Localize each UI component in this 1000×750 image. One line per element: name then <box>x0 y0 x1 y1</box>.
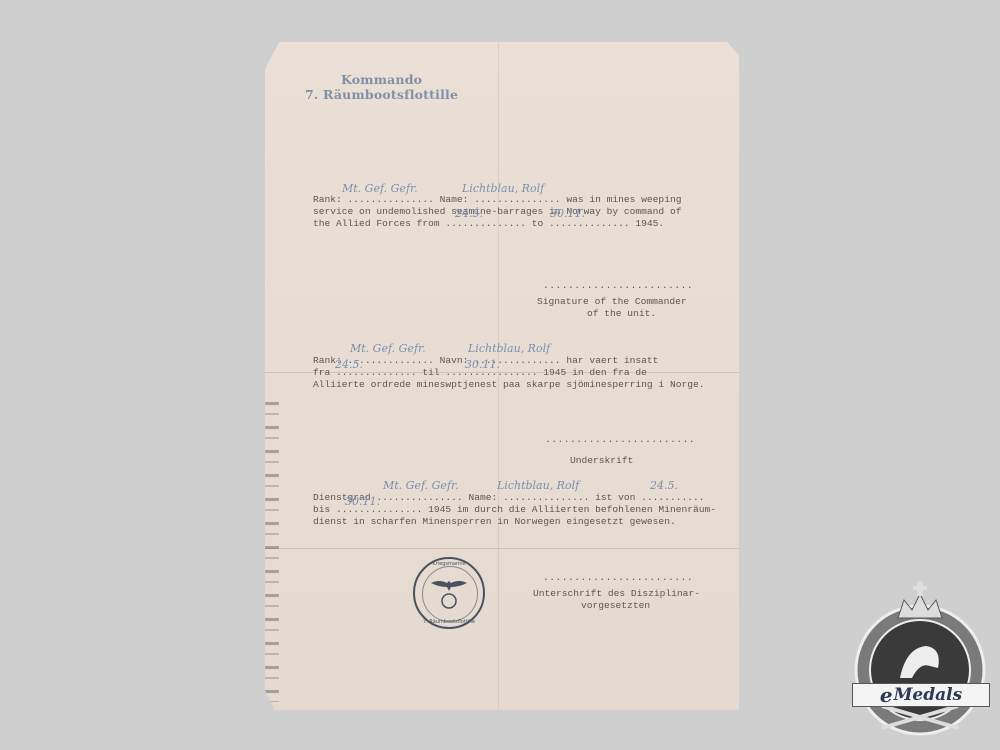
english-line-3: the Allied Forces from .............. to… <box>313 218 664 230</box>
signature-label: Underskrift <box>570 455 633 467</box>
signature-label: of the unit. <box>587 308 656 320</box>
signature-label: vorgesetzten <box>581 600 650 612</box>
eagle-emblem-icon <box>429 573 469 613</box>
signature-line: ........................ <box>543 280 693 291</box>
handwritten-to-date: 30.11. <box>550 207 585 220</box>
german-line-3: dienst in scharfen Minensperren in Norwe… <box>313 516 676 528</box>
fold-line <box>265 548 739 549</box>
letterhead-line-2: 7. Räumbootsflottille <box>305 87 458 102</box>
handwritten-to-date: 30.11. <box>345 495 380 508</box>
letterhead-line-1: Kommando <box>305 72 458 87</box>
handwritten-name: Lichtblau, Rolf <box>462 182 544 195</box>
handwritten-from-date: 24.5. <box>650 479 678 492</box>
signature-label: Unterschrift des Disziplinar- <box>533 588 700 600</box>
norwegian-line-3: Alliierte ordrede mineswptjenest paa ska… <box>313 379 705 391</box>
handwritten-rank: Mt. Gef. Gefr. <box>383 479 459 492</box>
edge-damage <box>265 402 279 702</box>
seal-bottom-text: 7. Räumbootsflottille <box>415 619 483 625</box>
document-paper: Kommando 7. Räumbootsflottille Rank: ...… <box>265 42 739 710</box>
english-line-1: Rank: ............... Name: ............… <box>313 194 681 206</box>
english-line-2: service on undemolished seamine-barrages… <box>313 206 681 218</box>
seal-top-text: Kriegsmarine <box>415 561 483 567</box>
handwritten-name: Lichtblau, Rolf <box>497 479 579 492</box>
handwritten-name: Lichtblau, Rolf <box>468 342 550 355</box>
signature-label: Signature of the Commander <box>537 296 687 308</box>
letterhead-stamp: Kommando 7. Räumbootsflottille <box>305 72 458 102</box>
emedals-watermark-logo: e Medals <box>842 578 998 750</box>
brand-label: e Medals <box>852 683 990 707</box>
signature-line: ........................ <box>543 572 693 583</box>
emblem-icon <box>842 578 998 750</box>
official-seal: Kriegsmarine 7. Räumbootsflottille <box>395 557 505 637</box>
handwritten-rank: Mt. Gef. Gefr. <box>350 342 426 355</box>
handwritten-to-date: 30.11. <box>465 358 500 371</box>
signature-line: ........................ <box>545 434 695 445</box>
brand-prefix: e <box>880 683 893 707</box>
handwritten-rank: Mt. Gef. Gefr. <box>342 182 418 195</box>
seal-ring: Kriegsmarine 7. Räumbootsflottille <box>413 557 485 629</box>
handwritten-from-date: 24.5. <box>335 358 363 371</box>
brand-name: Medals <box>894 685 963 705</box>
handwritten-from-date: 24.5. <box>455 207 483 220</box>
